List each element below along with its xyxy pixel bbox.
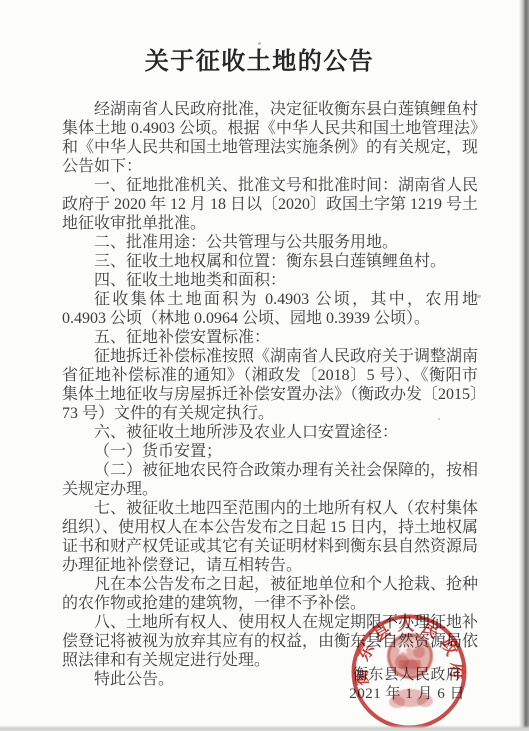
document-page: 关于征收土地的公告 经湖南省人民政府批准，决定征收衡东县白莲镇鲤鱼村集体土地 0… (0, 0, 529, 731)
paragraph: 经湖南省人民政府批准，决定征收衡东县白莲镇鲤鱼村集体土地 0.4903 公顷。根… (62, 100, 478, 176)
paragraph: 七、被征收土地四至范围内的土地所有权人（农村集体组织）、使用权人在本公告发布之日… (62, 499, 478, 575)
document-title: 关于征收土地的公告 (0, 46, 519, 78)
signature-block: 衡东县人民政府 2021 年 1 月 6 日 (349, 666, 465, 704)
paragraph: 六、被征收土地所涉及农业人口安置途径： (62, 423, 478, 442)
paragraph: 四、征收土地地类和面积： (62, 271, 478, 290)
paragraph: 凡在本公告发布之日起，被征地单位和个人抢栽、抢种的农作物或抢建的建筑物，一律不予… (62, 575, 478, 613)
paragraph: 征收集体土地面积为 0.4903 公顷，其中，农用地 0.4903 公顷（林地 … (62, 290, 478, 328)
signature-date: 2021 年 1 月 6 日 (349, 685, 465, 704)
page-scan-edge-right (519, 0, 529, 731)
paragraph: （一）货币安置； (62, 442, 478, 461)
paragraph: 三、征收土地权属和位置：衡东县白莲镇鲤鱼村。 (62, 252, 478, 271)
paragraph: 五、征地补偿安置标准： (62, 328, 478, 347)
paragraph: 一、征地批准机关、批准文号和批准时间：湖南省人民政府于 2020 年 12 月 … (62, 176, 478, 233)
paragraph: 八、土地所有权人、使用权人在规定期限不办理征地补偿登记将被视为放弃其应有的权益，… (62, 613, 478, 670)
paragraph: （二）被征地农民符合政策办理有关社会保障的，按相关规定办理。 (62, 461, 478, 499)
page-scan-edge-bottom (0, 725, 529, 731)
scan-speck (438, 418, 440, 420)
scan-speck (477, 295, 481, 298)
signature-issuer: 衡东县人民政府 (349, 666, 465, 685)
document-body: 经湖南省人民政府批准，决定征收衡东县白莲镇鲤鱼村集体土地 0.4903 公顷。根… (62, 100, 478, 689)
paragraph: 二、批准用途：公共管理与公共服务用地。 (62, 233, 478, 252)
scan-speck (258, 42, 261, 45)
paragraph: 征地拆迁补偿标准按照《湖南省人民政府关于调整湖南省征地补偿标准的通知》（湘政发〔… (62, 347, 478, 423)
